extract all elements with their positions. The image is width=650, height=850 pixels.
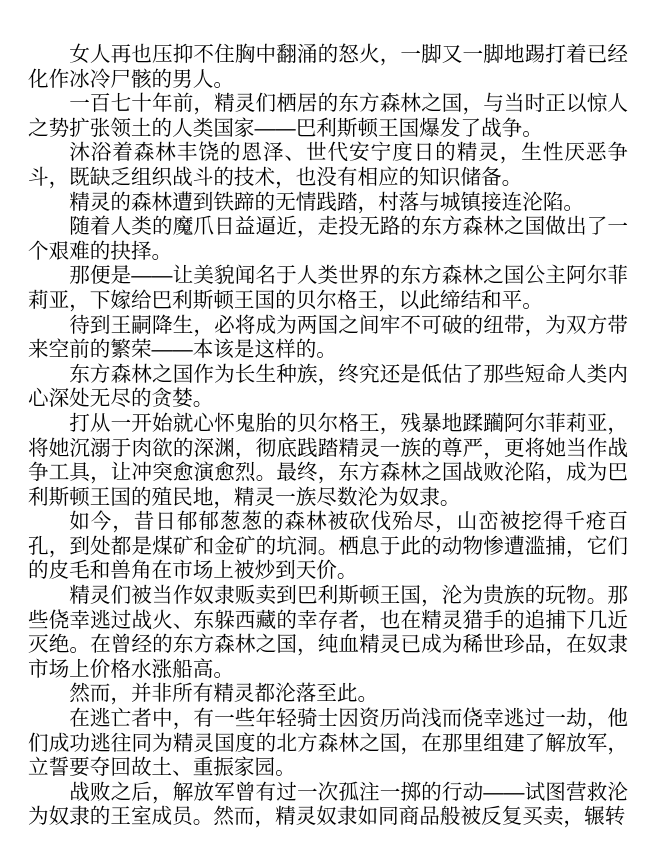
paragraph: 战败之后，解放军曾有过一次孤注一掷的行动——试图营救沦为奴隶的王室成员。然而，精… [28, 781, 628, 830]
paragraph: 精灵们被当作奴隶贩卖到巴利斯顿王国，沦为贵族的玩物。那些侥幸逃过战火、东躲西藏的… [28, 584, 628, 682]
reader-page: 女人再也压抑不住胸中翻涌的怒火，一脚又一脚地踢打着已经化作冰冷尸骸的男人。一百七… [0, 0, 650, 850]
paragraph: 随着人类的魔爪日益逼近，走投无路的东方森林之国做出了一个艰难的抉择。 [28, 215, 628, 264]
paragraph: 在逃亡者中，有一些年轻骑士因资历尚浅而侥幸逃过一劫，他们成功逃往同为精灵国度的北… [28, 707, 628, 781]
paragraph: 然而，并非所有精灵都沦落至此。 [28, 682, 628, 707]
paragraph: 东方森林之国作为长生种族，终究还是低估了那些短命人类内心深处无尽的贪婪。 [28, 363, 628, 412]
paragraph: 女人再也压抑不住胸中翻涌的怒火，一脚又一脚地踢打着已经化作冰冷尸骸的男人。 [28, 43, 628, 92]
paragraph: 精灵的森林遭到铁蹄的无情践踏，村落与城镇接连沦陷。 [28, 191, 628, 216]
paragraph: 如今，昔日郁郁葱葱的森林被砍伐殆尽，山峦被挖得千疮百孔，到处都是煤矿和金矿的坑洞… [28, 510, 628, 584]
paragraph: 那便是——让美貌闻名于人类世界的东方森林之国公主阿尔菲莉亚，下嫁给巴利斯顿王国的… [28, 264, 628, 313]
text-body: 女人再也压抑不住胸中翻涌的怒火，一脚又一脚地踢打着已经化作冰冷尸骸的男人。一百七… [28, 43, 628, 830]
paragraph: 一百七十年前，精灵们栖居的东方森林之国，与当时正以惊人之势扩张领土的人类国家——… [28, 92, 628, 141]
paragraph: 沐浴着森林丰饶的恩泽、世代安宁度日的精灵，生性厌恶争斗，既缺乏组织战斗的技术，也… [28, 141, 628, 190]
paragraph: 待到王嗣降生，必将成为两国之间牢不可破的纽带，为双方带来空前的繁荣——本该是这样… [28, 314, 628, 363]
paragraph: 打从一开始就心怀鬼胎的贝尔格王，残暴地蹂躏阿尔菲莉亚，将她沉溺于肉欲的深渊，彻底… [28, 412, 628, 510]
